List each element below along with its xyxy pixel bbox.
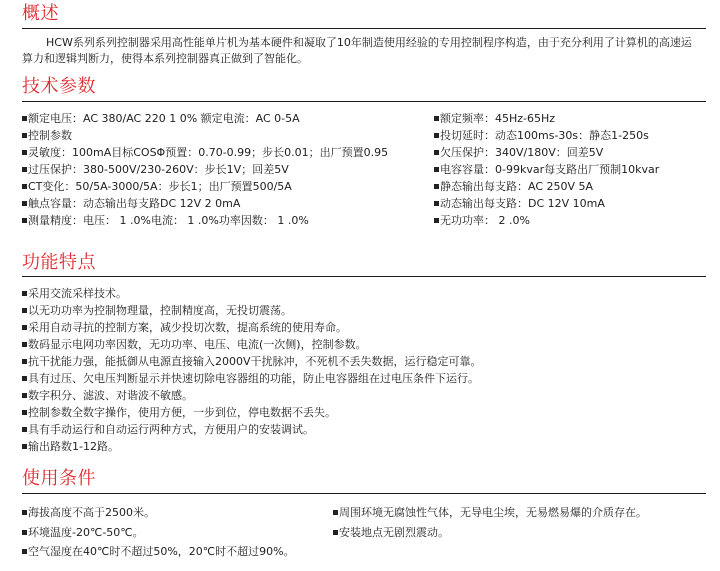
bullet-icon (22, 184, 27, 189)
spec-item: 电容容量：0-99kvar每支路出厂预制10kvar (434, 163, 659, 177)
condition-item: 环境温度-20℃-50℃。 (22, 526, 144, 540)
condition-text: 周围环境无腐蚀性气体，无导电尘埃，无易燃易爆的介质存在。 (339, 506, 647, 519)
feature-item: 抗干扰能力强，能抵御从电源直接输入2000V干扰脉冲，不死机不丢失数据，运行稳定… (22, 355, 482, 369)
bullet-icon (22, 291, 27, 296)
bullet-icon (22, 133, 27, 138)
spec-text: 测量精度：电压： 1 .0%电流： 1 .0%功率因数： 1 .0% (28, 214, 309, 227)
feature-text: 采用自动寻抗的控制方案，减少投切次数，提高系统的使用寿命。 (28, 321, 347, 334)
bullet-icon (22, 150, 27, 155)
bullet-icon (22, 218, 27, 223)
bullet-icon (22, 427, 27, 432)
section-divider (22, 101, 706, 102)
spec-text: 过压保护：380-500V/230-260V：步长1V；回差5V (28, 163, 289, 176)
bullet-icon (22, 393, 27, 398)
feature-text: 抗干扰能力强，能抵御从电源直接输入2000V干扰脉冲，不死机不丢失数据，运行稳定… (28, 355, 482, 368)
bullet-icon (434, 133, 439, 138)
spec-text: 静态输出每支路：AC 250V 5A (440, 180, 593, 193)
bullet-icon (22, 325, 27, 330)
feature-item: 数码显示电网功率因数，无功功率、电压、电流(一次侧)，控制参数。 (22, 338, 367, 352)
feature-text: 数码显示电网功率因数，无功功率、电压、电流(一次侧)，控制参数。 (28, 338, 367, 351)
spec-text: 灵敏度：100mA目标COSΦ预置：0.70-0.99；步长0.01；出厂预置0… (28, 146, 388, 159)
feature-item: 采用交流采样技术。 (22, 287, 127, 301)
feature-text: 数字积分、滤波、对谐波不敏感。 (28, 389, 193, 402)
condition-item: 海拔高度不高于2500米。 (22, 506, 155, 520)
feature-item: 以无功功率为控制物理量，控制精度高，无投切震荡。 (22, 304, 292, 318)
overview-line-2: 算力和逻辑判断力，使得本系列控制器真正做到了智能化。 (22, 52, 308, 65)
spec-item: 无功功率： 2 .0% (434, 214, 530, 228)
spec-item: 额定频率：45Hz-65Hz (434, 112, 555, 126)
section-title-overview: 概述 (22, 4, 59, 24)
bullet-icon (434, 184, 439, 189)
spec-item: CT变化：50/5A-3000/5A：步长1；出厂预置500/5A (22, 180, 292, 194)
bullet-icon (22, 530, 27, 535)
bullet-icon (333, 510, 338, 515)
bullet-icon (22, 510, 27, 515)
bullet-icon (22, 359, 27, 364)
spec-text: 额定电压：AC 380/AC 220 1 0% 额定电流：AC 0-5A (28, 112, 300, 125)
feature-item: 输出路数1-12路。 (22, 440, 119, 454)
feature-item: 采用自动寻抗的控制方案，减少投切次数，提高系统的使用寿命。 (22, 321, 347, 335)
bullet-icon (22, 376, 27, 381)
section-title-conditions: 使用条件 (22, 469, 96, 489)
bullet-icon (434, 218, 439, 223)
spec-item: 动态输出每支路：DC 12V 10mA (434, 197, 605, 211)
bullet-icon (434, 201, 439, 206)
condition-text: 安装地点无剧烈震动。 (339, 526, 449, 539)
spec-item: 触点容量：动态输出每支路DC 12V 2 0mA (22, 197, 240, 211)
feature-text: 输出路数1-12路。 (28, 440, 119, 453)
spec-text: 动态输出每支路：DC 12V 10mA (440, 197, 605, 210)
feature-text: 采用交流采样技术。 (28, 287, 127, 300)
feature-text: 以无功功率为控制物理量，控制精度高，无投切震荡。 (28, 304, 292, 317)
spec-item: 额定电压：AC 380/AC 220 1 0% 额定电流：AC 0-5A (22, 112, 300, 126)
spec-item: 欠压保护：340V/180V：回差5V (434, 146, 603, 160)
spec-text: 控制参数 (28, 129, 72, 142)
section-divider (22, 276, 706, 277)
spec-text: 投切延时：动态100ms-30s：静态1-250s (440, 129, 649, 142)
spec-text: 无功功率： 2 .0% (440, 214, 530, 227)
spec-item: 静态输出每支路：AC 250V 5A (434, 180, 593, 194)
condition-item: 周围环境无腐蚀性气体，无导电尘埃，无易燃易爆的介质存在。 (333, 506, 647, 520)
bullet-icon (22, 167, 27, 172)
spec-item: 测量精度：电压： 1 .0%电流： 1 .0%功率因数： 1 .0% (22, 214, 309, 228)
bullet-icon (22, 308, 27, 313)
bullet-icon (434, 167, 439, 172)
feature-text: 具有过压、欠电压判断显示并快速切除电容器组的功能，防止电容器组在过电压条件下运行… (28, 372, 479, 385)
spec-item: 控制参数 (22, 129, 72, 143)
condition-text: 海拔高度不高于2500米。 (28, 506, 155, 519)
section-title-tech-params: 技术参数 (22, 77, 96, 97)
spec-item: 灵敏度：100mA目标COSΦ预置：0.70-0.99；步长0.01；出厂预置0… (22, 146, 388, 160)
section-divider (22, 28, 706, 29)
section-divider (22, 493, 706, 494)
bullet-icon (22, 549, 27, 554)
condition-text: 环境温度-20℃-50℃。 (28, 526, 144, 539)
feature-item: 具有手动运行和自动运行两种方式，方便用户的安装调试。 (22, 423, 314, 437)
overview-line-1: HCW系列系列控制器采用高性能单片机为基本硬件和凝取了10年制造使用经验的专用控… (46, 36, 692, 49)
spec-text: CT变化：50/5A-3000/5A：步长1；出厂预置500/5A (28, 180, 292, 193)
section-title-features: 功能特点 (22, 253, 96, 273)
spec-item: 过压保护：380-500V/230-260V：步长1V；回差5V (22, 163, 289, 177)
spec-item: 投切延时：动态100ms-30s：静态1-250s (434, 129, 649, 143)
bullet-icon (434, 150, 439, 155)
bullet-icon (22, 116, 27, 121)
spec-text: 额定频率：45Hz-65Hz (440, 112, 555, 125)
feature-text: 控制参数全数字操作，使用方便，一步到位，停电数据不丢失。 (28, 406, 336, 419)
bullet-icon (434, 116, 439, 121)
condition-item: 空气湿度在40℃时不超过50%，20℃时不超过90%。 (22, 545, 295, 559)
condition-text: 空气湿度在40℃时不超过50%，20℃时不超过90%。 (28, 545, 295, 558)
feature-item: 控制参数全数字操作，使用方便，一步到位，停电数据不丢失。 (22, 406, 336, 420)
bullet-icon (22, 342, 27, 347)
bullet-icon (22, 444, 27, 449)
feature-item: 具有过压、欠电压判断显示并快速切除电容器组的功能，防止电容器组在过电压条件下运行… (22, 372, 479, 386)
feature-item: 数字积分、滤波、对谐波不敏感。 (22, 389, 193, 403)
overview-paragraph: HCW系列系列控制器采用高性能单片机为基本硬件和凝取了10年制造使用经验的专用控… (22, 35, 712, 67)
spec-text: 欠压保护：340V/180V：回差5V (440, 146, 603, 159)
condition-item: 安装地点无剧烈震动。 (333, 526, 449, 540)
spec-text: 电容容量：0-99kvar每支路出厂预制10kvar (440, 163, 659, 176)
spec-text: 触点容量：动态输出每支路DC 12V 2 0mA (28, 197, 240, 210)
feature-text: 具有手动运行和自动运行两种方式，方便用户的安装调试。 (28, 423, 314, 436)
bullet-icon (22, 201, 27, 206)
bullet-icon (22, 410, 27, 415)
bullet-icon (333, 530, 338, 535)
